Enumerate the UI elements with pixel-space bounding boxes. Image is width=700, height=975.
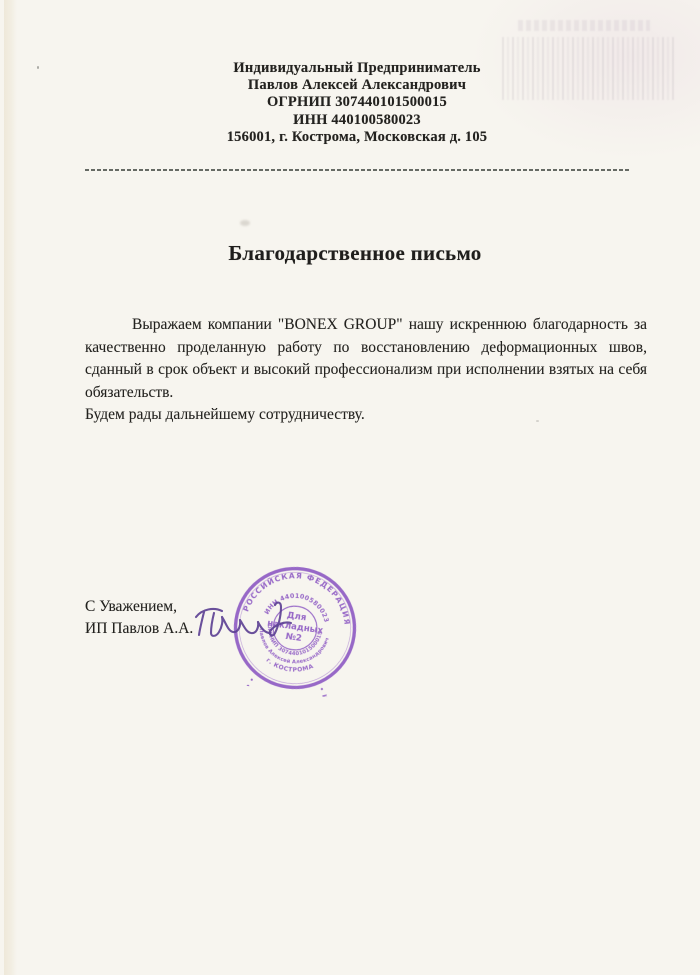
body-paragraph-main: Выражаем компании "BONEX GROUP" нашу иск… [85,314,647,404]
scanned-letter-page: Индивидуальный Предприниматель Павлов Ал… [0,0,700,975]
letterhead-line-entity: Индивидуальный Предприниматель [0,60,700,77]
letterhead-line-address: 156001, г. Кострома, Московская д. 105 [0,129,700,146]
body-paragraph-closing: Будем рады дальнейшему сотрудничеству. [85,404,647,427]
letter-title: Благодарственное письмо [0,241,700,266]
letterhead-line-ogrnip: ОГРНИП 307440101500015 [0,94,700,111]
handwritten-signature [190,594,312,652]
bleedthrough-digits [518,20,650,31]
closing-regards: С Уважением, [85,596,193,618]
scan-edge-shadow [4,0,17,975]
letterhead-block: Индивидуальный Предприниматель Павлов Ал… [0,60,700,146]
letterhead-line-name: Павлов Алексей Александрович [0,77,700,94]
paper-smudge [240,220,250,226]
dashed-separator [85,169,631,171]
closing-signer: ИП Павлов А.А. [85,618,193,640]
closing-block: С Уважением, ИП Павлов А.А. [85,596,193,640]
letter-body: Выражаем компании "BONEX GROUP" нашу иск… [85,314,647,427]
letterhead-line-inn: ИНН 440100580023 [0,112,700,129]
